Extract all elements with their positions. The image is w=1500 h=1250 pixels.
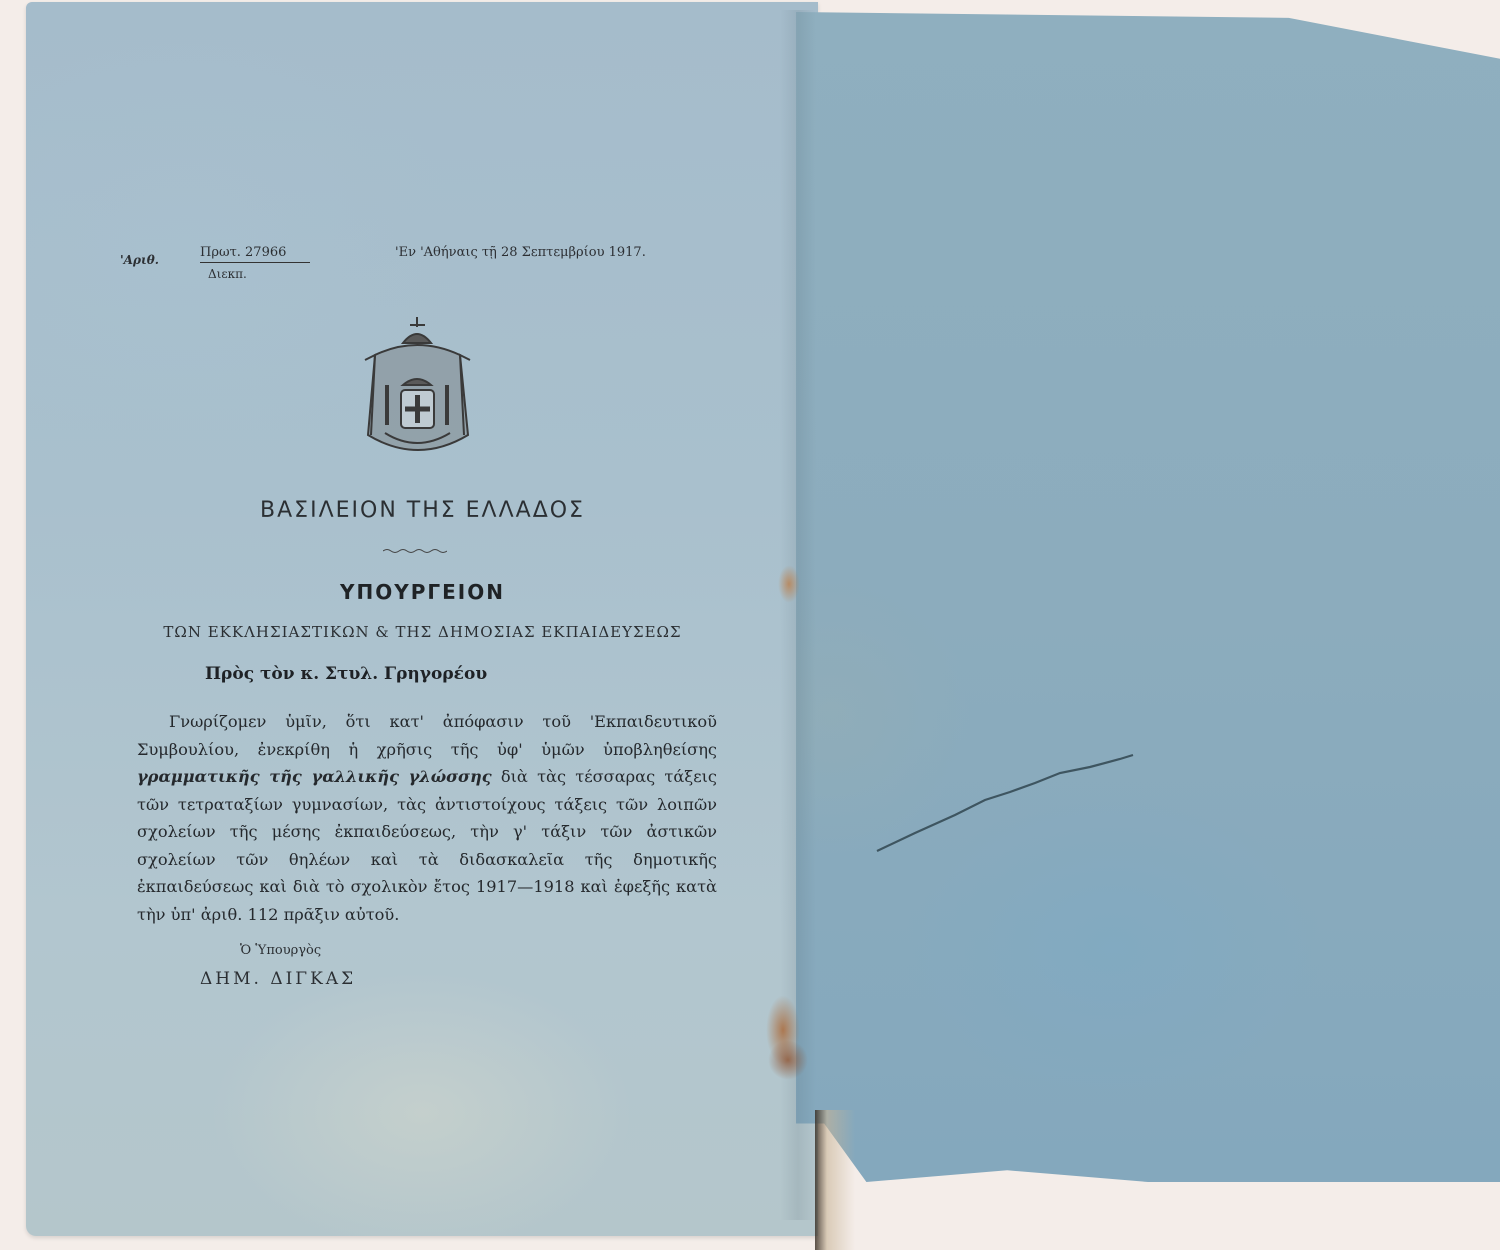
paper-tear: [875, 745, 1135, 855]
ministry-heading: ΥΠΟΥΡΓΕΙΟΝ: [0, 580, 845, 604]
left-page: [26, 2, 818, 1236]
torn-edge-shadow: [815, 1110, 855, 1250]
reference-header: 'Αριθ. Πρωτ. 27966 Διεκπ. 'Εν 'Αθήναις τ…: [120, 245, 720, 290]
protocol-number: Πρωτ. 27966: [200, 245, 310, 263]
body-text-part: διὰ τὰς τέσσαρας τάξεις τῶν τετραταξίων …: [137, 767, 717, 924]
right-page-blank: [796, 12, 1500, 1182]
body-text-part: Γνωρίζομεν ὑμῖν, ὅτι κατ' ἀπόφασιν τοῦ '…: [137, 712, 717, 759]
dispatch-label: Διεκπ.: [208, 267, 247, 281]
ministry-subheading: ΤΩΝ ΕΚΚΛΗΣΙΑΣΤΙΚΩΝ & ΤΗΣ ΔΗΜΟΣΙΑΣ ΕΚΠΑΙΔ…: [0, 623, 845, 641]
coat-of-arms-icon: [355, 315, 480, 465]
ornamental-divider: [383, 548, 447, 554]
kingdom-heading: ΒΑΣΙΛΕΙΟΝ ΤΗΣ ΕΛΛΑΔΟΣ: [0, 498, 845, 523]
rust-stain: [768, 1040, 808, 1080]
signature-name: ΔΗΜ. ΔΙΓΚΑΣ: [200, 969, 356, 989]
ref-label: 'Αριθ.: [120, 253, 159, 267]
signature-title: Ὁ Ὑπουργὸς: [240, 943, 321, 958]
body-paragraph: Γνωρίζομεν ὑμῖν, ὅτι κατ' ἀπόφασιν τοῦ '…: [137, 708, 717, 928]
date-line: 'Εν 'Αθήναις τῇ 28 Σεπτεμβρίου 1917.: [395, 245, 646, 260]
book-title-emphasis: γραμματικῆς τῆς γαλλικῆς γλώσσης: [137, 767, 492, 786]
recipient-line: Πρὸς τὸν κ. Στυλ. Γρηγορέου: [205, 664, 487, 684]
